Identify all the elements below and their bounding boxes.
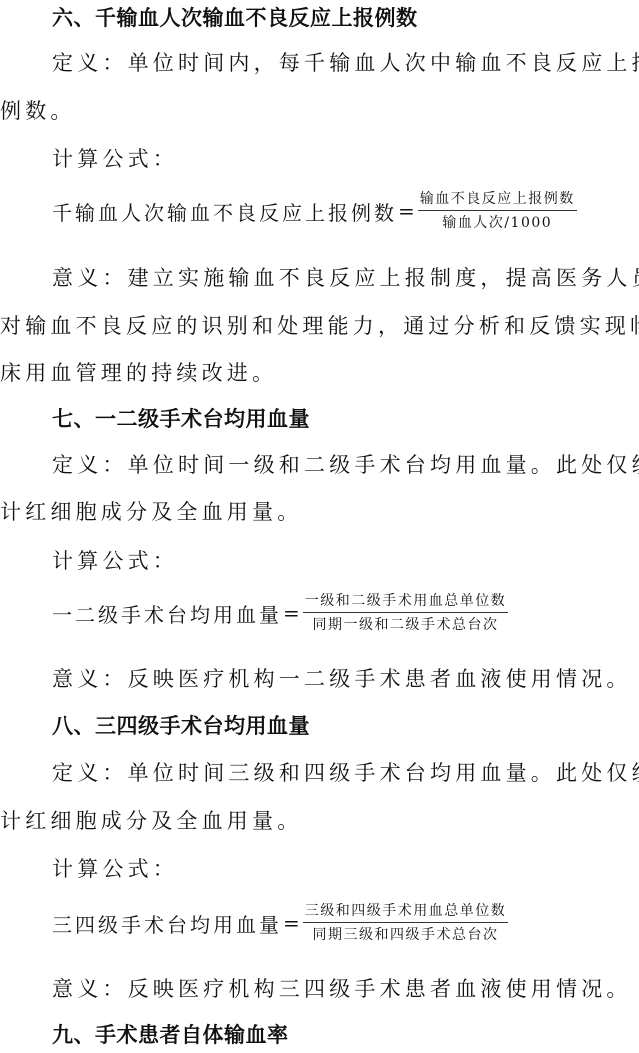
equals-sign: =: [283, 601, 300, 625]
formula: 一二级手术台均用血量 = 一级和二级手术用血总单位数 同期一级和二级手术总台次: [52, 592, 508, 634]
formula-label: 计算公式：: [52, 546, 639, 576]
definition-text: 定义：单位时间内，每千输血人次中输血不良反应上报: [52, 48, 639, 78]
equals-sign: =: [398, 199, 415, 223]
meaning-text: 意义：反映医疗机构三四级手术患者血液使用情况。: [52, 974, 639, 1004]
formula-lhs: 一二级手术台均用血量: [52, 599, 282, 628]
formula: 千输血人次输血不良反应上报例数 = 输血不良反应上报例数 输血人次/1000: [52, 190, 577, 232]
formula: 三四级手术台均用血量 = 三级和四级手术用血总单位数 同期三级和四级手术总台次: [52, 902, 508, 944]
equals-sign: =: [283, 911, 300, 935]
section-heading-9: 九、手术患者自体输血率: [52, 1020, 639, 1050]
section-heading-7: 七、一二级手术台均用血量: [52, 404, 639, 434]
definition-text: 定义：单位时间一级和二级手术台均用血量。此处仅统: [52, 450, 639, 480]
section-heading-8: 八、三四级手术台均用血量: [52, 711, 639, 741]
denominator: 同期三级和四级手术总台次: [313, 923, 499, 944]
formula-label: 计算公式：: [52, 854, 639, 884]
section-heading-6: 六、千输血人次输血不良反应上报例数: [52, 3, 639, 33]
fraction: 三级和四级手术用血总单位数 同期三级和四级手术总台次: [303, 902, 509, 944]
formula-lhs: 三四级手术台均用血量: [52, 909, 282, 938]
numerator: 输血不良反应上报例数: [418, 190, 577, 211]
meaning-text: 意义：反映医疗机构一二级手术患者血液使用情况。: [52, 664, 639, 694]
definition-text-cont: 计红细胞成分及全血用量。: [0, 806, 639, 836]
numerator: 一级和二级手术用血总单位数: [303, 592, 509, 613]
denominator: 同期一级和二级手术总台次: [313, 613, 499, 634]
formula-label: 计算公式：: [52, 144, 639, 174]
fraction: 输血不良反应上报例数 输血人次/1000: [418, 190, 577, 232]
numerator: 三级和四级手术用血总单位数: [303, 902, 509, 923]
definition-text-cont: 例数。: [0, 96, 639, 126]
denominator: 输血人次/1000: [442, 211, 552, 232]
formula-lhs: 千输血人次输血不良反应上报例数: [52, 197, 397, 226]
definition-text-cont: 计红细胞成分及全血用量。: [0, 497, 639, 527]
meaning-text-cont: 对输血不良反应的识别和处理能力，通过分析和反馈实现临: [0, 311, 639, 341]
fraction: 一级和二级手术用血总单位数 同期一级和二级手术总台次: [303, 592, 509, 634]
definition-text: 定义：单位时间三级和四级手术台均用血量。此处仅统: [52, 758, 639, 788]
meaning-text-cont: 床用血管理的持续改进。: [0, 358, 639, 388]
meaning-text: 意义：建立实施输血不良反应上报制度，提高医务人员: [52, 263, 639, 293]
